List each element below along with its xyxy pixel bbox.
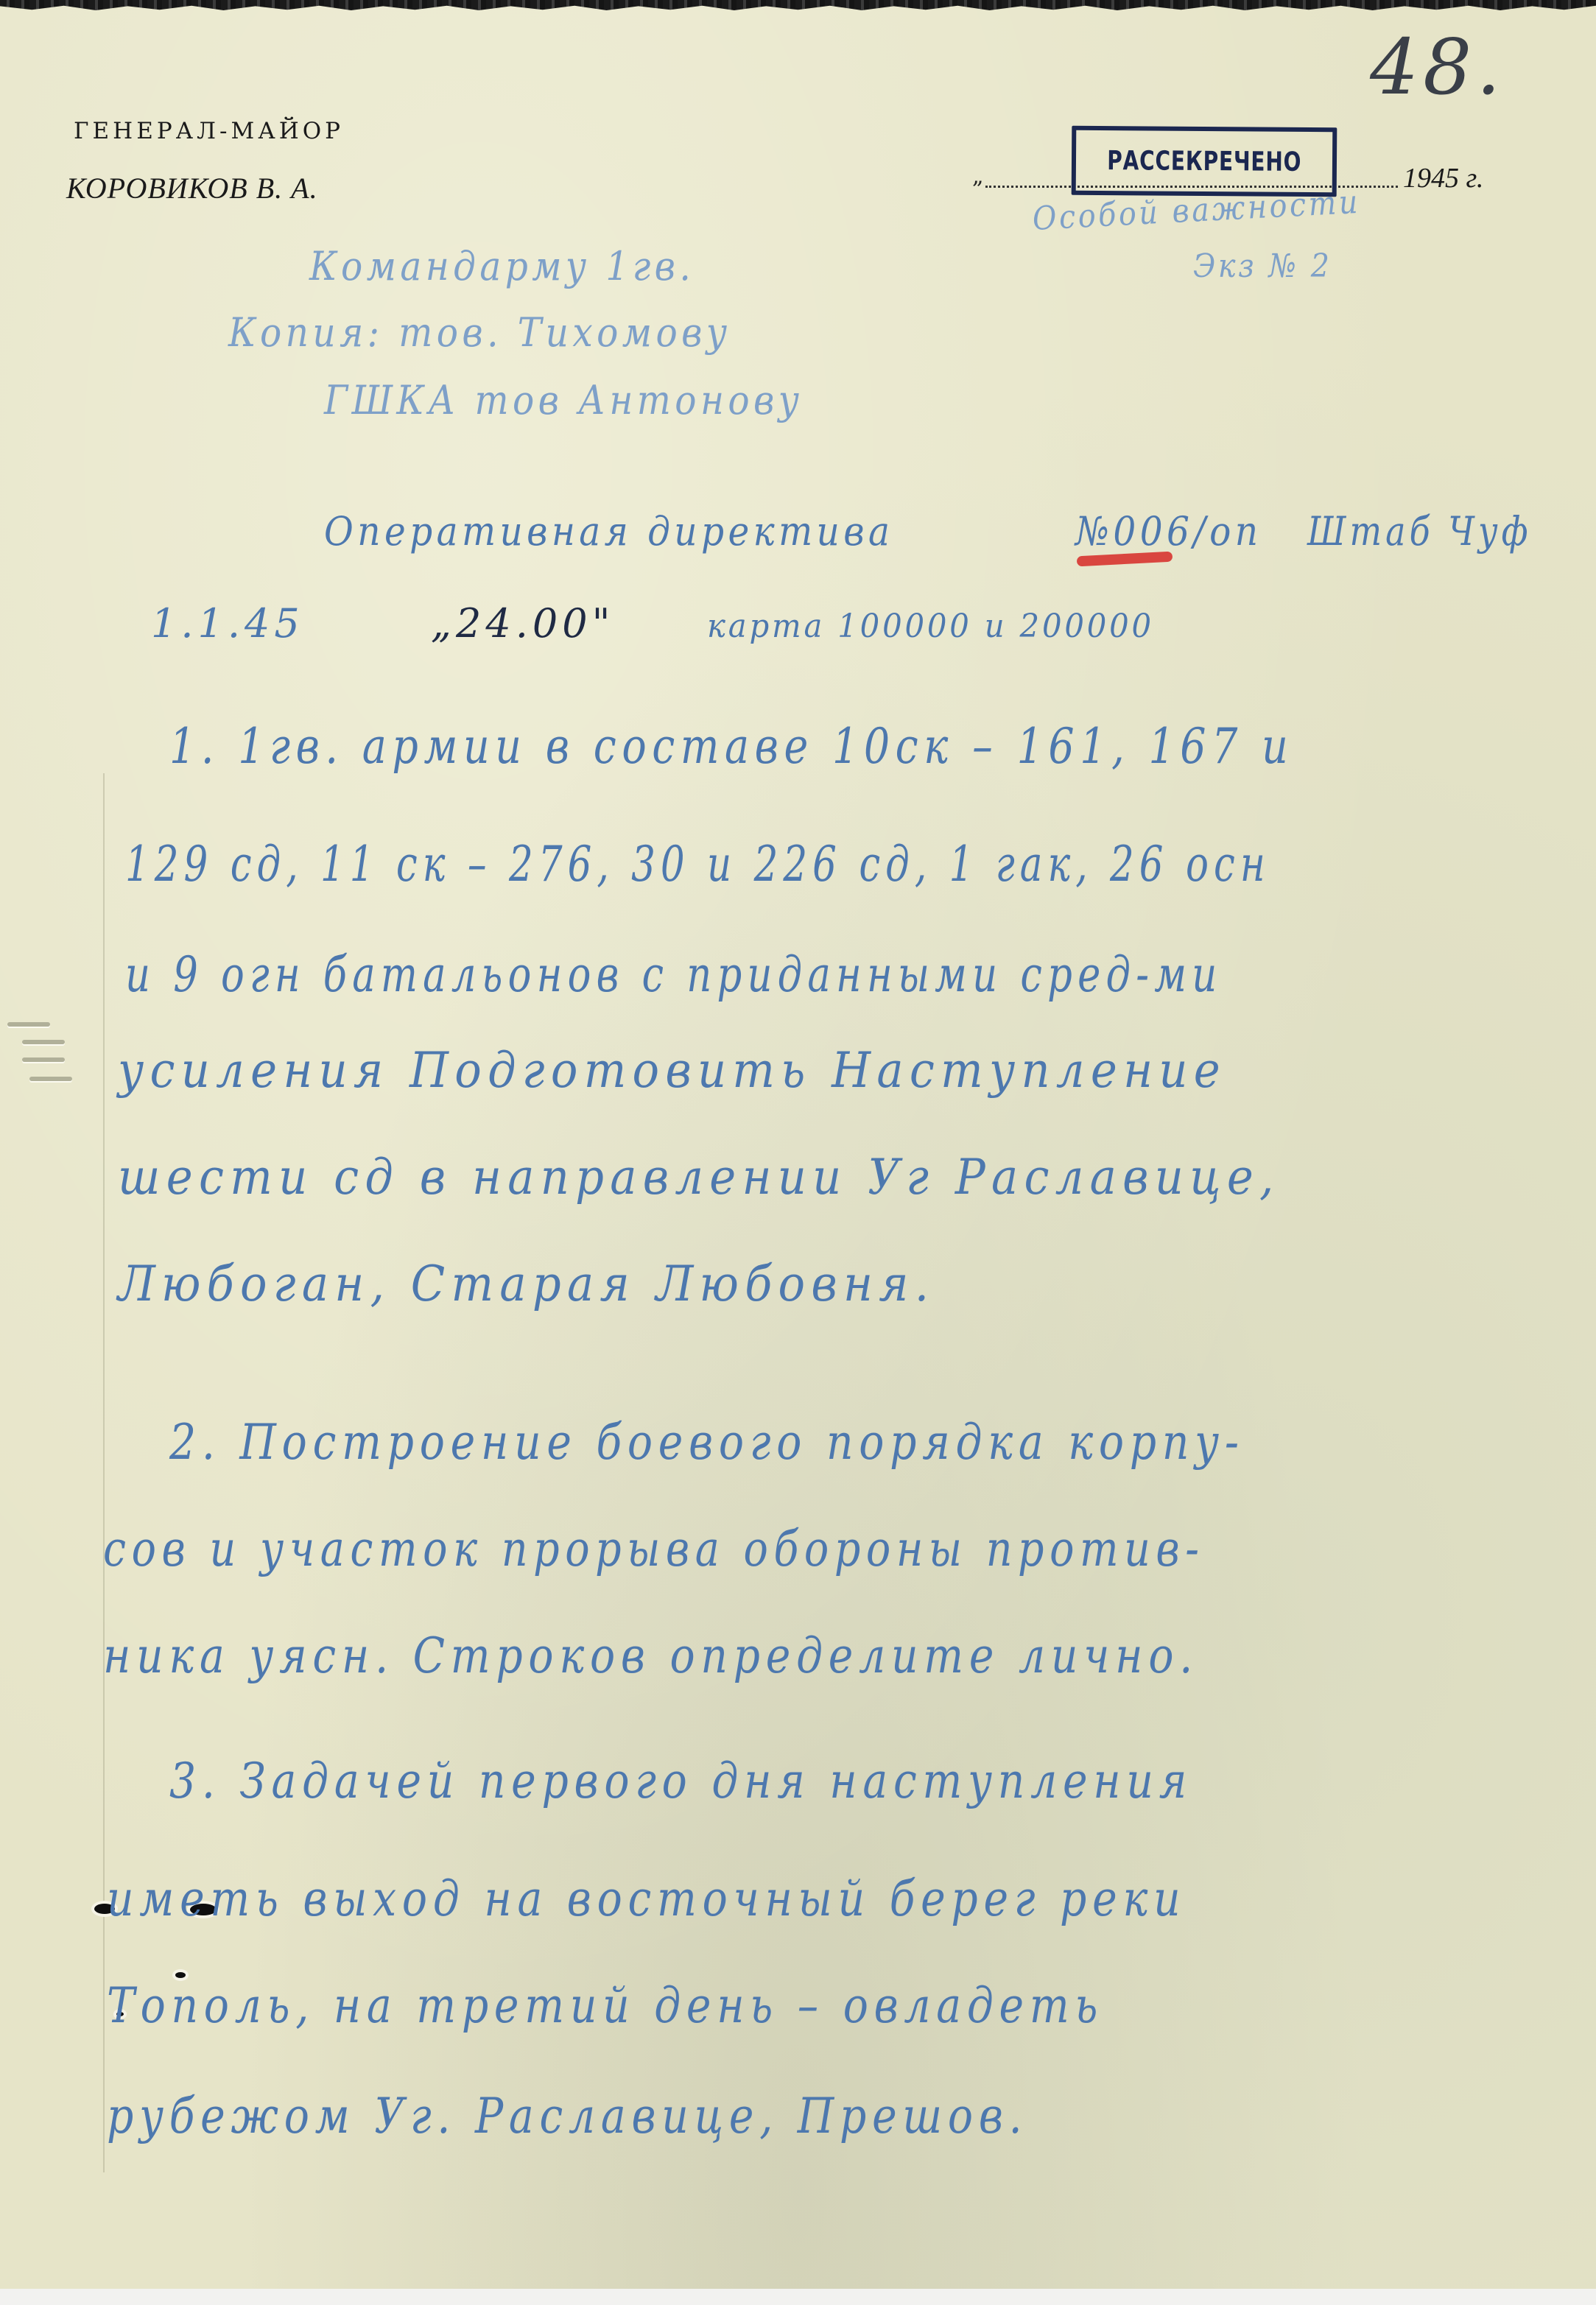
- body-line: и 9 огн батальонов с приданными сред-ми: [125, 946, 1222, 1003]
- body-line: усиления Подготовить Наступление: [118, 1042, 1226, 1099]
- addressee-to: Командарму 1гв.: [309, 243, 695, 289]
- stamp-text: РАССЕКРЕЧЕНО: [1107, 146, 1301, 177]
- body-line: 1. 1гв. армии в составе 10ск – 161, 167 …: [169, 718, 1293, 775]
- body-line: иметь выход на восточный берег реки: [107, 1871, 1186, 1927]
- directive-date: 1.1.45: [151, 600, 304, 647]
- punch-mark: [22, 1040, 65, 1044]
- punch-mark: [7, 1022, 50, 1027]
- punch-mark: [22, 1058, 65, 1062]
- directive-issuer: Штаб Чуф: [1307, 508, 1532, 555]
- addressee-copy-2: ГШКА тов Антонову: [324, 377, 803, 423]
- directive-number: №006/оп: [1075, 508, 1262, 555]
- punch-mark: [29, 1077, 72, 1081]
- scanned-document-page: 48. ГЕНЕРАЛ-МАЙОР КОРОВИКОВ В. А. „ 1945…: [0, 0, 1596, 2305]
- body-line: шести сд в направлении Уг Раславице,: [118, 1149, 1280, 1206]
- body-line: рубежом Уг. Раславице, Прешов.: [107, 2088, 1027, 2144]
- letterhead-rank: ГЕНЕРАЛ-МАЙОР: [74, 118, 344, 144]
- letterhead-name: КОРОВИКОВ В. А.: [66, 171, 318, 205]
- directive-time: „24.00": [431, 600, 614, 647]
- body-line: Тополь, на третий день – овладеть: [107, 1977, 1103, 2034]
- paper-fold-line: [103, 773, 105, 2172]
- body-line: 3. Задачей первого дня наступления: [169, 1753, 1192, 1809]
- date-open-quote: „: [972, 163, 984, 189]
- body-line: сов и участок прорыва обороны против-: [103, 1521, 1205, 1577]
- addressee-copy: Копия: тов. Тихомову: [228, 309, 731, 356]
- scan-bottom-margin: [0, 2289, 1596, 2305]
- directive-maps: карта 100000 и 200000: [707, 608, 1154, 645]
- body-line: 2. Построение боевого порядка корпу-: [169, 1414, 1245, 1471]
- page-number: 48.: [1370, 22, 1505, 112]
- date-year: 1945 г.: [1403, 162, 1483, 194]
- torn-top-edge: [0, 0, 1596, 10]
- directive-title: Оперативная директива: [324, 508, 893, 555]
- classification-line-2: Экз № 2: [1193, 247, 1332, 285]
- body-line: Любоган, Старая Любовня.: [118, 1256, 935, 1312]
- body-line: 129 сд, 11 ск – 276, 30 и 226 сд, 1 гак,…: [125, 836, 1270, 893]
- body-line: ника уясн. Строков определите лично.: [103, 1627, 1198, 1684]
